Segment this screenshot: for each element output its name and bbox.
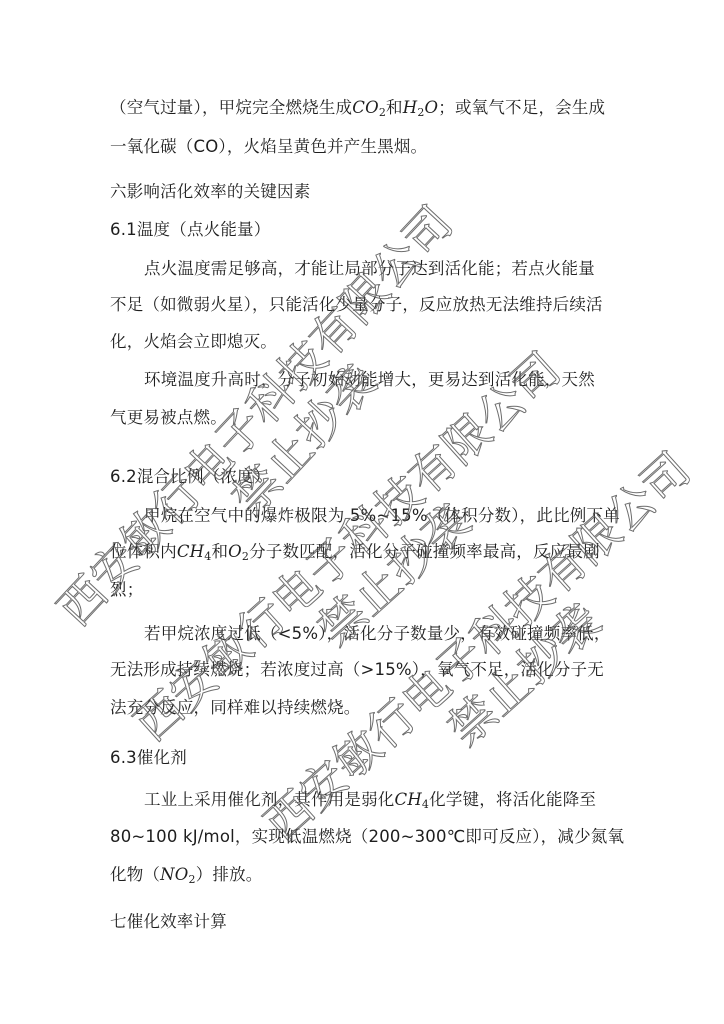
paragraph-line: 无法形成持续燃烧；若浓度过高（>15%），氧气不足，活化分子无 [110,660,604,680]
paragraph-line: 甲烷在空气中的爆炸极限为 5%~15%（体积分数），此比例下单 [144,506,620,526]
paragraph-line: 位体积内CH4和O2分子数匹配，活化分子碰撞频率最高，反应最剧 [110,542,600,562]
subsection-heading-6-2: 6.2混合比例（浓度） [110,467,270,487]
paragraph-line: 一氧化碳（CO），火焰呈黄色并产生黑烟。 [110,137,427,157]
paragraph-line: （空气过量），甲烷完全燃烧生成CO2和H2O；或氧气不足，会生成 [110,98,605,118]
document-page: （空气过量），甲烷完全燃烧生成CO2和H2O；或氧气不足，会生成 一氧化碳（CO… [0,0,724,1024]
math-formula: O [425,98,439,117]
math-formula: NO2 [160,865,196,884]
section-heading-7: 七催化效率计算 [110,912,227,932]
paragraph-line: 法充分反应，同样难以持续燃烧。 [110,698,361,718]
subsection-heading-6-3: 6.3催化剂 [110,748,187,768]
paragraph-line: 工业上采用催化剂，其作用是弱化CH4化学键，将活化能降至 [144,790,596,810]
watermark-notice-text: 禁止抄袭 [160,381,605,789]
math-formula: CH4 [177,542,212,561]
math-formula: O2 [228,542,249,561]
paragraph-line: 烈； [110,580,143,600]
paragraph-line: 点火温度需足够高，才能让局部分子达到活化能；若点火能量 [144,259,595,279]
paragraph-line: 化，火焰会立即熄灭。 [110,332,277,352]
paragraph-line: 化物（NO2）排放。 [110,865,263,885]
math-formula: H2 [403,98,425,117]
subsection-heading-6-1: 6.1温度（点火能量） [110,220,270,240]
section-heading-6: 六影响活化效率的关键因素 [110,182,310,202]
paragraph-line: 若甲烷浓度过低（<5%），活化分子数量少，有效碰撞频率低， [144,624,611,644]
paragraph-line: 环境温度升高时，分子初始动能增大，更易达到活化能，天然 [144,370,595,390]
paragraph-line: 80~100 kJ/mol，实现低温燃烧（200~300℃即可反应），减少氮氧 [110,827,624,847]
paragraph-line: 气更易被点燃。 [110,408,227,428]
math-formula: CH4 [395,790,430,809]
math-formula: CO2 [352,98,386,117]
paragraph-line: 不足（如微弱火星），只能活化少量分子，反应放热无法维持后续活 [110,295,603,315]
